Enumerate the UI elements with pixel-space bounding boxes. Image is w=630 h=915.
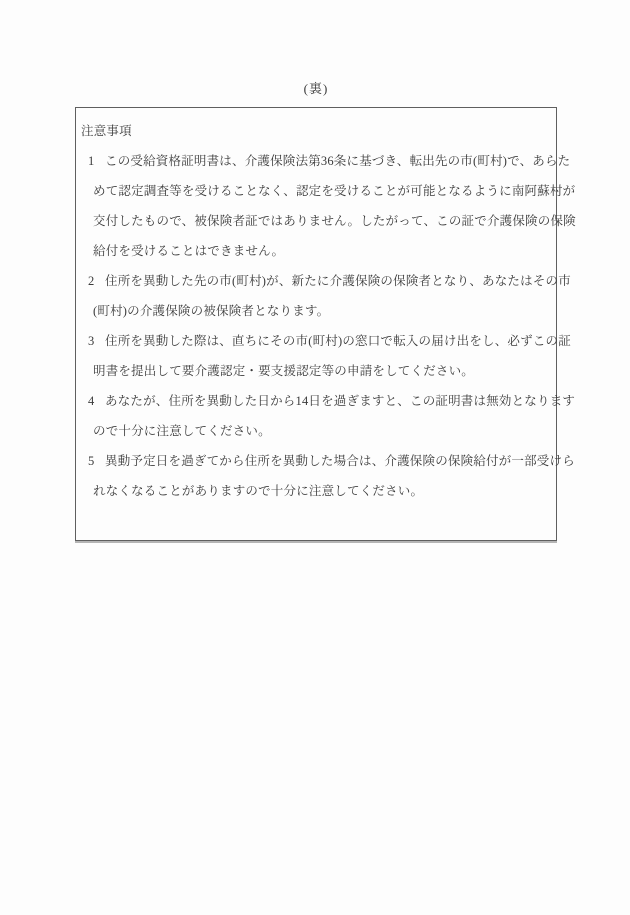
item-2-text: 住所を異動した先の市(町村)が、新たに介護保険の保険者となり、あなたはその市: [105, 274, 571, 288]
notice-item-4: 4あなたが、住所を異動した日から14日を過ぎますと、この証明書は無効となります …: [76, 386, 556, 446]
item-2-line-1: 2住所を異動した先の市(町村)が、新たに介護保険の保険者となり、あなたはその市: [76, 266, 556, 296]
item-1-number: 1: [88, 146, 105, 176]
notice-item-1: 1この受給資格証明書は、介護保険法第36条に基づき、転出先の市(町村)で、あらた…: [76, 146, 556, 266]
item-1-line-1: 1この受給資格証明書は、介護保険法第36条に基づき、転出先の市(町村)で、あらた: [76, 146, 556, 176]
notice-heading: 注意事項: [76, 116, 556, 146]
item-1-line-2: めて認定調査等を受けることなく、認定を受けることが可能となるように南阿蘇村が: [76, 176, 556, 206]
item-3-line-2: 明書を提出して要介護認定・要支援認定等の申請をしてください。: [76, 356, 556, 386]
item-1-line-4: 給付を受けることはできません。: [76, 236, 556, 266]
notice-box: 注意事項 1この受給資格証明書は、介護保険法第36条に基づき、転出先の市(町村)…: [75, 107, 557, 541]
item-3-text: 住所を異動した際は、直ちにその市(町村)の窓口で転入の届け出をし、必ずこの証: [105, 334, 571, 348]
item-4-line-2: ので十分に注意してください。: [76, 416, 556, 446]
item-4-text: あなたが、住所を異動した日から14日を過ぎますと、この証明書は無効となります: [105, 394, 575, 408]
notice-item-5: 5異動予定日を過ぎてから住所を異動した場合は、介護保険の保険給付が一部受けら れ…: [76, 446, 556, 506]
page-side-label: (裏): [75, 80, 557, 98]
notice-item-2: 2住所を異動した先の市(町村)が、新たに介護保険の保険者となり、あなたはその市 …: [76, 266, 556, 326]
item-5-text: 異動予定日を過ぎてから住所を異動した場合は、介護保険の保険給付が一部受けら: [105, 454, 575, 468]
item-5-line-1: 5異動予定日を過ぎてから住所を異動した場合は、介護保険の保険給付が一部受けら: [76, 446, 556, 476]
item-3-line-1: 3住所を異動した際は、直ちにその市(町村)の窓口で転入の届け出をし、必ずこの証: [76, 326, 556, 356]
item-2-line-2: (町村)の介護保険の被保険者となります。: [76, 296, 556, 326]
notice-item-3: 3住所を異動した際は、直ちにその市(町村)の窓口で転入の届け出をし、必ずこの証 …: [76, 326, 556, 386]
item-1-text: この受給資格証明書は、介護保険法第36条に基づき、転出先の市(町村)で、あらた: [105, 154, 570, 168]
item-1-line-3: 交付したもので、被保険者証ではありません。したがって、この証で介護保険の保険: [76, 206, 556, 236]
item-5-line-2: れなくなることがありますので十分に注意してください。: [76, 476, 556, 506]
item-3-number: 3: [88, 326, 105, 356]
item-5-number: 5: [88, 446, 105, 476]
item-4-line-1: 4あなたが、住所を異動した日から14日を過ぎますと、この証明書は無効となります: [76, 386, 556, 416]
item-4-number: 4: [88, 386, 105, 416]
item-2-number: 2: [88, 266, 105, 296]
document-page: (裏) 注意事項 1この受給資格証明書は、介護保険法第36条に基づき、転出先の市…: [0, 0, 630, 915]
